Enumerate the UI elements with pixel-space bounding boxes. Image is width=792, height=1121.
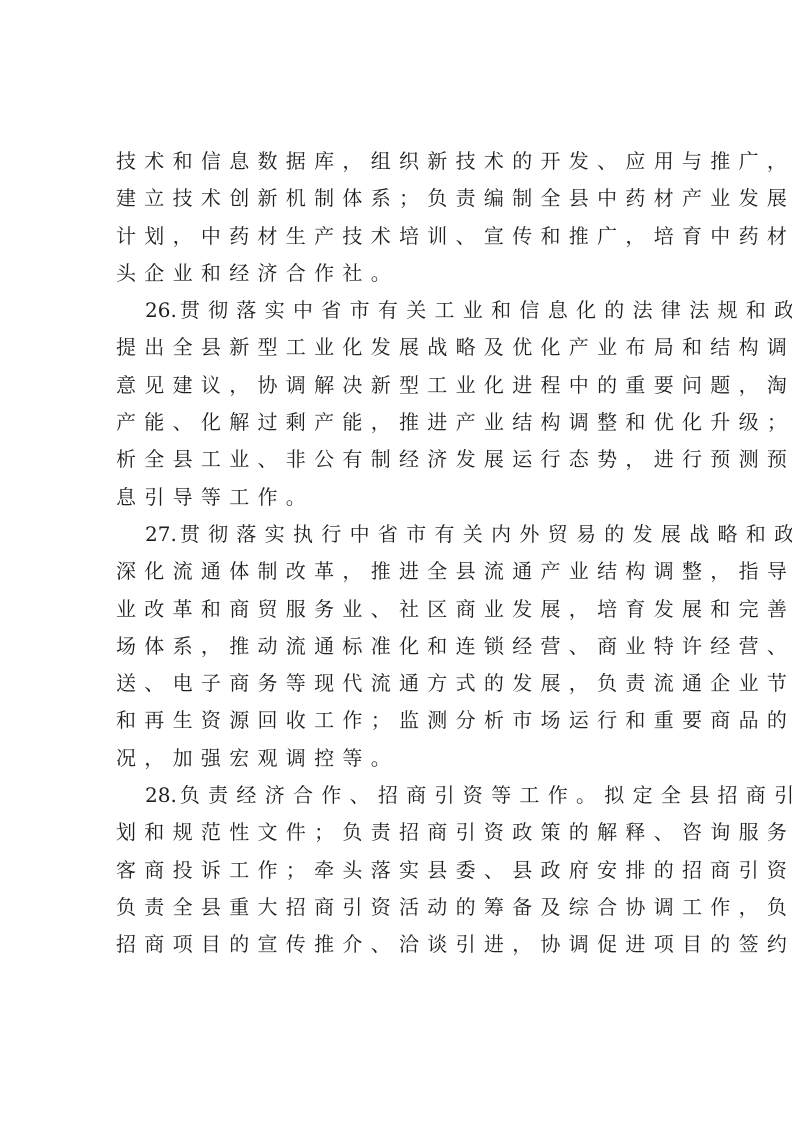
document-body: 技术和信息数据库，组织新技术的开发、应用与推广，培育和 建立技术创新机制体系；负… <box>116 143 696 964</box>
text-line-first: 28.负责经济合作、招商引资等工作。拟定全县招商引资规 <box>116 777 696 814</box>
text-line: 招商项目的宣传推介、洽谈引进，协调促进项目的签约、履约 <box>116 926 696 963</box>
text-line: 头企业和经济合作社。 <box>116 255 696 292</box>
text-line: 息引导等工作。 <box>116 479 696 516</box>
text-line: 业改革和商贸服务业、社区商业发展，培育发展和完善城乡市 <box>116 591 696 628</box>
text-line-content: 负责经济合作、招商引资等工作。拟定全县招商引资规 <box>180 783 792 807</box>
text-line: 深化流通体制改革，推进全县流通产业结构调整，指导流通企 <box>116 553 696 590</box>
text-line-first: 27.贯彻落实执行中省市有关内外贸易的发展战略和政策， <box>116 516 696 553</box>
text-line: 技术和信息数据库，组织新技术的开发、应用与推广，培育和 <box>116 143 696 180</box>
paragraph-26: 26.贯彻落实中省市有关工业和信息化的法律法规和政策， 提出全县新型工业化发展战… <box>116 292 696 516</box>
text-line-content: 贯彻落实执行中省市有关内外贸易的发展战略和政策， <box>180 522 792 546</box>
text-line-content: 贯彻落实中省市有关工业和信息化的法律法规和政策， <box>180 298 792 322</box>
text-line: 划和规范性文件；负责招商引资政策的解释、咨询服务和受理 <box>116 814 696 851</box>
item-number: 26. <box>145 298 177 322</box>
item-number: 28. <box>145 783 177 807</box>
text-line: 建立技术创新机制体系；负责编制全县中药材产业发展规划、 <box>116 180 696 217</box>
paragraph-25-continuation: 技术和信息数据库，组织新技术的开发、应用与推广，培育和 建立技术创新机制体系；负… <box>116 143 696 292</box>
text-line: 和再生资源回收工作；监测分析市场运行和重要商品的供求情 <box>116 702 696 739</box>
item-number: 27. <box>145 522 177 546</box>
text-line-first: 26.贯彻落实中省市有关工业和信息化的法律法规和政策， <box>116 292 696 329</box>
text-line: 送、电子商务等现代流通方式的发展，负责流通企业节能减排 <box>116 665 696 702</box>
document-page: 技术和信息数据库，组织新技术的开发、应用与推广，培育和 建立技术创新机制体系；负… <box>0 0 792 1121</box>
text-line: 场体系，推动流通标准化和连锁经营、商业特许经营、物流配 <box>116 628 696 665</box>
text-line: 意见建议，协调解决新型工业化进程中的重要问题，淘汰落后 <box>116 367 696 404</box>
text-line: 计划，中药材生产技术培训、宣传和推广，培育中药材产业龙 <box>116 218 696 255</box>
text-line: 提出全县新型工业化发展战略及优化产业布局和结构调整的 <box>116 329 696 366</box>
text-line: 负责全县重大招商引资活动的筹备及综合协调工作，负责重大 <box>116 889 696 926</box>
paragraph-27: 27.贯彻落实执行中省市有关内外贸易的发展战略和政策， 深化流通体制改革，推进全… <box>116 516 696 777</box>
text-line: 况，加强宏观调控等。 <box>116 740 696 777</box>
text-line: 析全县工业、非公有制经济发展运行态势，进行预测预警和信 <box>116 441 696 478</box>
paragraph-28: 28.负责经济合作、招商引资等工作。拟定全县招商引资规 划和规范性文件；负责招商… <box>116 777 696 963</box>
text-line: 产能、化解过剩产能，推进产业结构调整和优化升级；监测分 <box>116 404 696 441</box>
text-line: 客商投诉工作；牵头落实县委、县政府安排的招商引资任务， <box>116 852 696 889</box>
